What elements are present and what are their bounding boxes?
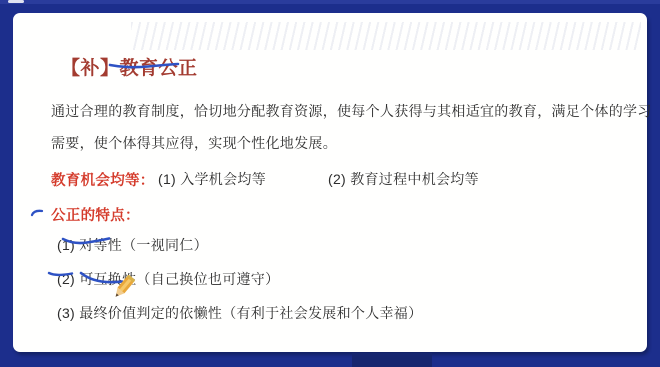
watermark-pattern (131, 22, 641, 50)
equal-opportunity-label: 教育机会均等： (51, 169, 155, 190)
trait-item-3: (3) 最终价值判定的依懒性（有利于社会发展和个人幸福） (57, 303, 422, 323)
slide-frame: 【补】教育公正 通过合理的教育制度，恰切地分配教育资源，使每个人获得与其相适宜的… (0, 0, 660, 367)
trait-item-2: (2) 可互换性（自己换位也可遵守） (57, 269, 279, 289)
slide-title: 【补】教育公正 (61, 53, 198, 80)
top-edge-highlight (0, 0, 660, 4)
bottom-dark-patch (352, 353, 432, 367)
paragraph-line-1: 通过合理的教育制度，恰切地分配教育资源，使每个人获得与其相适宜的教育，满足个体的… (51, 101, 652, 121)
equal-opportunity-item-1: (1) 入学机会均等 (158, 169, 266, 189)
trait-item-1: (1) 对等性（一视同仁） (57, 235, 208, 255)
equal-opportunity-item-2: (2) 教育过程中机会均等 (328, 169, 479, 189)
equal-opportunity-row: 教育机会均等： (1) 入学机会均等 (2) 教育过程中机会均等 (13, 169, 647, 187)
paragraph-line-2: 需要，使个体得其应得，实现个性化地发展。 (51, 133, 337, 153)
slide-card: 【补】教育公正 通过合理的教育制度，恰切地分配教育资源，使每个人获得与其相适宜的… (13, 13, 647, 352)
pen-tick-mark (30, 207, 48, 219)
traits-heading: 公正的特点： (51, 204, 140, 225)
top-left-sliver (8, 0, 24, 3)
